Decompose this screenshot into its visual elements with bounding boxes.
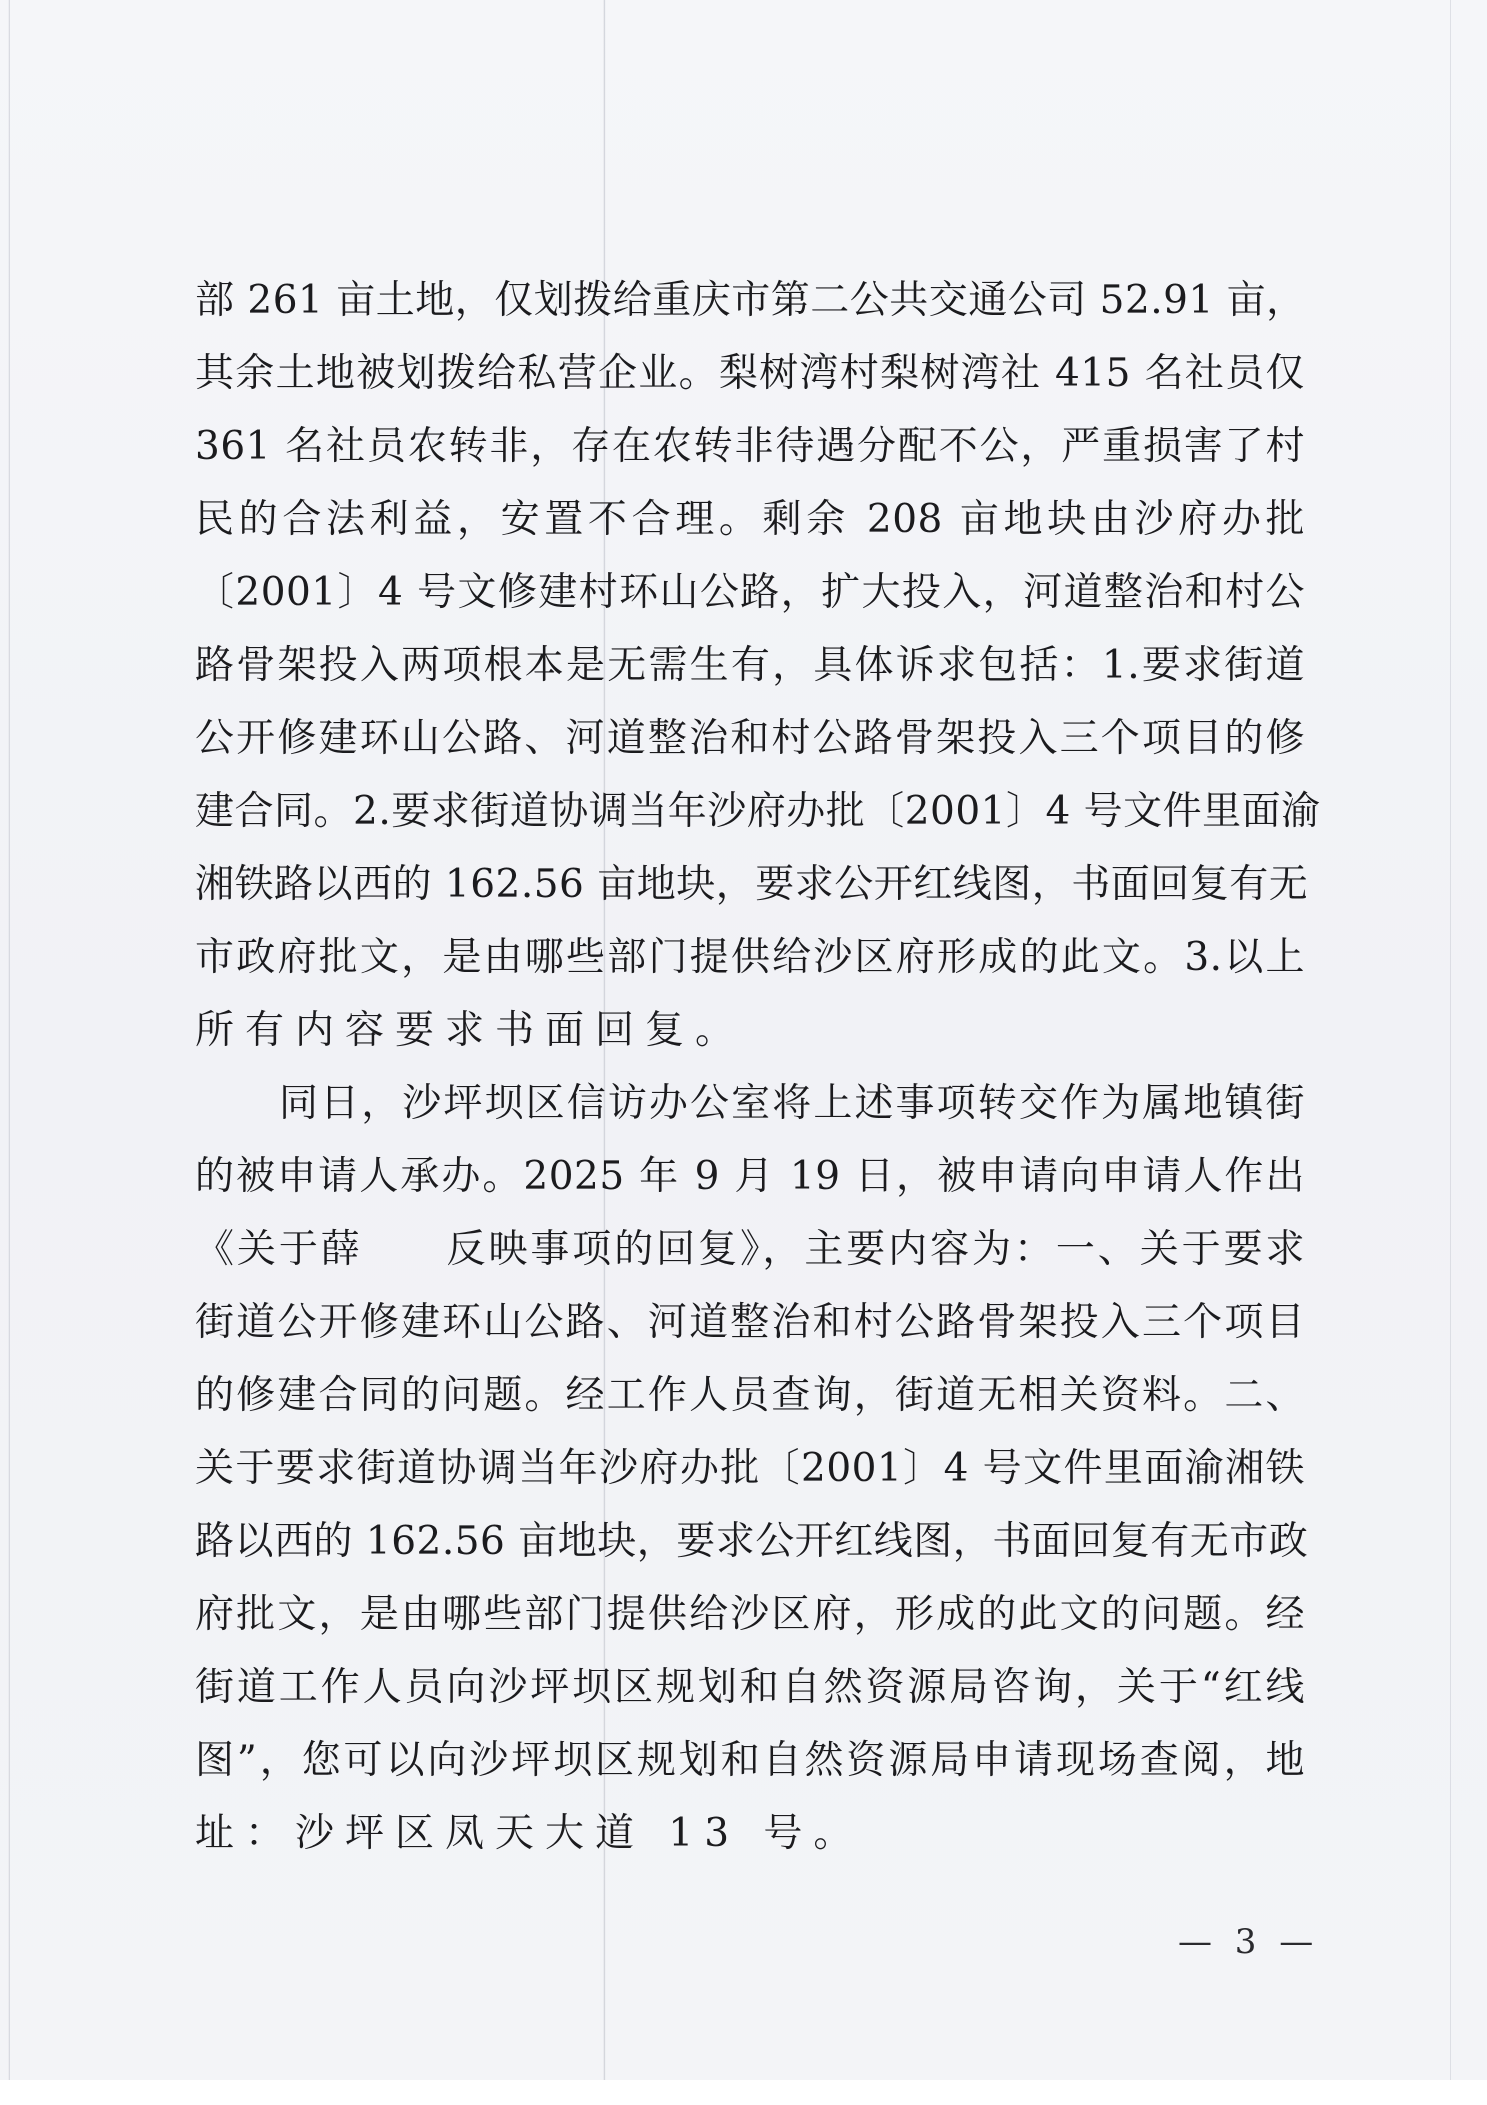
text-line: 湘铁路以西的 162.56 亩地块，要求公开红线图，书面回复有无 [195,860,1305,910]
text-line: 〔2001〕4 号文修建村环山公路，扩大投入，河道整治和村公 [195,568,1305,618]
text-line: 部 261 亩土地，仅划拨给重庆市第二公共交通公司 52.91 亩， [195,276,1305,326]
text-line: 的修建合同的问题。经工作人员查询，街道无相关资料。二、 [195,1371,1305,1421]
scan-artifact-line [9,0,10,2080]
text-line-paragraph-start: 同日，沙坪坝区信访办公室将上述事项转交作为属地镇街 [279,1079,1305,1129]
text-line: 府批文，是由哪些部门提供给沙区府，形成的此文的问题。经 [195,1590,1305,1640]
text-line: 街道工作人员向沙坪坝区规划和自然资源局咨询，关于“红线 [195,1663,1305,1713]
text-line: 街道公开修建环山公路、河道整治和村公路骨架投入三个项目 [195,1298,1305,1348]
text-line: 361 名社员农转非，存在农转非待遇分配不公，严重损害了村 [195,422,1305,472]
text-line: 图”，您可以向沙坪坝区规划和自然资源局申请现场查阅，地 [195,1736,1305,1786]
text-line: 其余土地被划拨给私营企业。梨树湾村梨树湾社 415 名社员仅 [195,349,1305,399]
text-line: 建合同。2.要求街道协调当年沙府办批〔2001〕4 号文件里面渝 [195,787,1305,837]
text-line: 公开修建环山公路、河道整治和村公路骨架投入三个项目的修 [195,714,1305,764]
scan-artifact-line [1450,0,1451,2080]
text-line: 民的合法利益，安置不合理。剩余 208 亩地块由沙府办批 [195,495,1305,545]
text-line: 路骨架投入两项根本是无需生有，具体诉求包括：1.要求街道 [195,641,1305,691]
text-line: 址：沙坪区凤天大道 13 号。 [195,1809,1305,1859]
text-line: 所有内容要求书面回复。 [195,1006,1305,1056]
text-line: 关于要求街道协调当年沙府办批〔2001〕4 号文件里面渝湘铁 [195,1444,1305,1494]
text-line: 路以西的 162.56 亩地块，要求公开红线图，书面回复有无市政 [195,1517,1305,1567]
text-line: 市政府批文，是由哪些部门提供给沙区府形成的此文。3.以上 [195,933,1305,983]
page-number: — 3 — [1178,1922,1319,1962]
scanned-page: 部 261 亩土地，仅划拨给重庆市第二公共交通公司 52.91 亩， 其余土地被… [0,0,1487,2080]
text-line: 的被申请人承办。2025 年 9 月 19 日，被申请向申请人作出 [195,1152,1305,1202]
text-line: 《关于薛 反映事项的回复》，主要内容为：一、关于要求 [195,1225,1305,1275]
